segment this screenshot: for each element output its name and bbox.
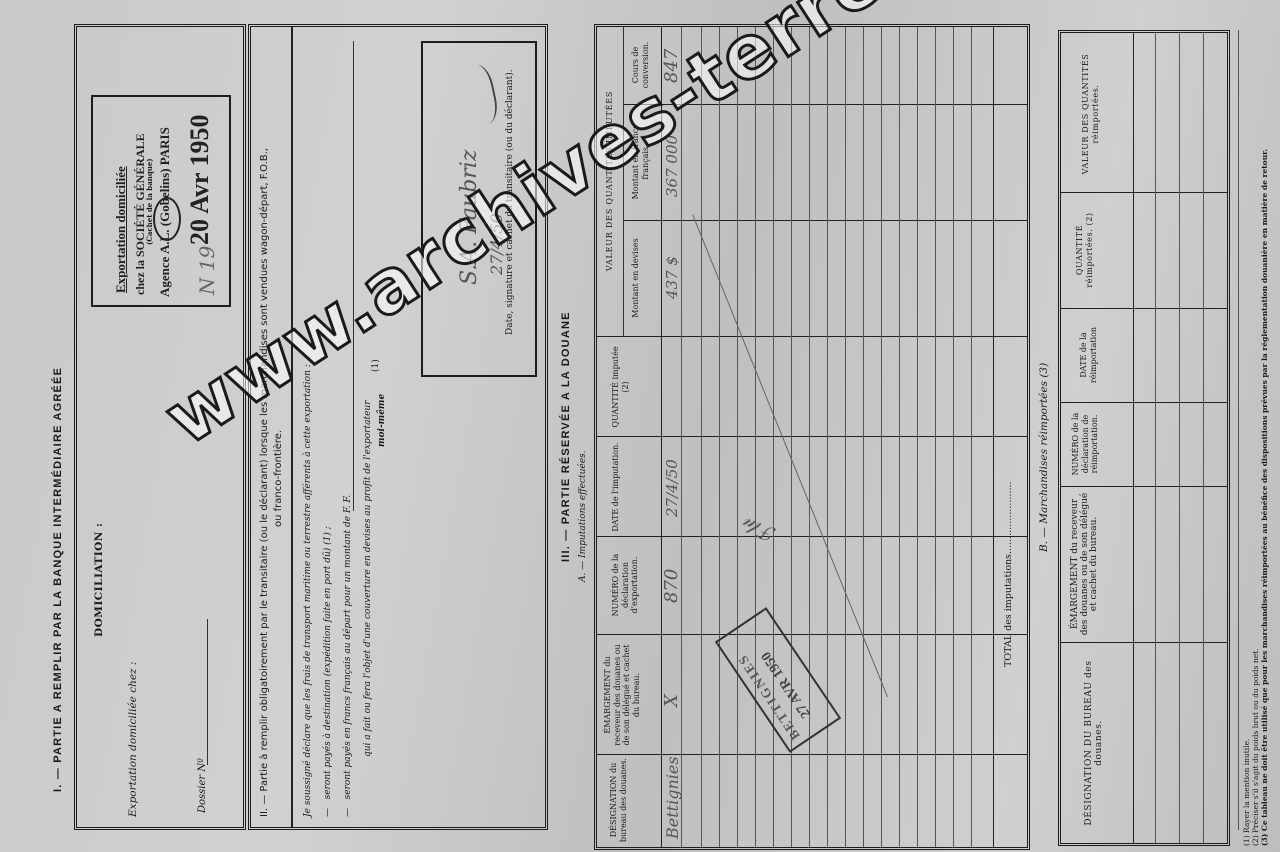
scanned-document: I. — PARTIE A REMPLIR PAR LA BANQUE INTE… bbox=[0, 0, 1280, 852]
dossier-line bbox=[207, 619, 208, 765]
b-row-rule bbox=[1179, 33, 1180, 843]
footnote-rule bbox=[1238, 30, 1239, 830]
b-col-valeur: VALEUR DES QUANTITÉS réimportées. bbox=[1081, 39, 1100, 189]
row-rule bbox=[701, 27, 702, 847]
option2-text: — seront payés en francs français au dép… bbox=[343, 495, 354, 817]
col-date: DATE de l'imputation. bbox=[611, 441, 621, 533]
option2-label: seront payés en francs français au dépar… bbox=[343, 495, 353, 800]
section2-box: II. — Partie à remplir obligatoirement p… bbox=[248, 24, 548, 830]
section2-title-rule bbox=[291, 27, 293, 827]
section-b-title: B. — Marchandises réimportées (3) bbox=[1038, 363, 1050, 552]
footnote-3: (3) Ce tableau ne doit être utilisé que … bbox=[1260, 149, 1269, 846]
row1-bureau: Bettignies bbox=[663, 756, 682, 839]
stamp-line2-sub: (Cachet de la banque) bbox=[145, 158, 154, 245]
stamp-circle bbox=[153, 197, 181, 241]
section2-title-line1: II. — Partie à remplir obligatoirement p… bbox=[259, 148, 270, 817]
col-divider-5 bbox=[597, 336, 1027, 337]
b-col-numero: NUMÉRO de la déclaration de réimportatio… bbox=[1071, 405, 1100, 483]
stamp-date: 20 Avr 1950 bbox=[185, 115, 215, 245]
b-row-rule bbox=[1203, 33, 1204, 843]
col-divider-2 bbox=[597, 634, 1027, 635]
b-col-designation: DÉSIGNATION DU BUREAU des douanes. bbox=[1085, 653, 1104, 833]
row-rule bbox=[953, 27, 954, 847]
row-rule bbox=[681, 27, 682, 847]
col-divider-3 bbox=[597, 536, 1027, 537]
row-rule bbox=[971, 27, 972, 847]
section1-title: I. — PARTIE A REMPLIR PAR LA BANQUE INTE… bbox=[52, 367, 64, 792]
b-col-date: DATE de la réimportation bbox=[1079, 311, 1098, 399]
option1-text: — seront payés à destination (expédition… bbox=[323, 526, 334, 817]
row-rule bbox=[881, 27, 882, 847]
col-divider-6 bbox=[623, 220, 1027, 221]
section3-subtitle-a: A. — Imputations effectuées. bbox=[578, 450, 589, 582]
option3-text-b: moi-même bbox=[377, 394, 388, 447]
reimport-table: DÉSIGNATION DU BUREAU des douanes. ÉMARG… bbox=[1058, 30, 1230, 846]
col-divider-1 bbox=[597, 754, 1027, 755]
total-rule bbox=[993, 27, 994, 847]
domiciliation-label: DOMICILIATION : bbox=[93, 523, 105, 637]
footnote-ref-1: (1) bbox=[371, 359, 382, 372]
section2-title-line2: ou franco-frontière. bbox=[273, 430, 284, 527]
total-imputations-label: TOTAL des imputations...................… bbox=[1003, 481, 1014, 667]
row-rule bbox=[755, 27, 756, 847]
row-rule bbox=[917, 27, 918, 847]
col-divider-4 bbox=[597, 436, 1027, 437]
declaration-text: Je soussigné déclare que les frais de tr… bbox=[303, 364, 314, 817]
row-rule bbox=[737, 27, 738, 847]
footnote-1: (1) Rayer la mention inutile. bbox=[1242, 739, 1251, 846]
col-designation: DÉSIGNATION du bureau des douanes. bbox=[609, 757, 628, 843]
section3-title: III. — PARTIE RÉSERVÉE A LA DOUANE bbox=[560, 311, 572, 562]
customs-stamp: BETTIGNIES 27 AVR 1950 bbox=[715, 607, 841, 753]
row-rule bbox=[899, 27, 900, 847]
row1-devises: 437 $ bbox=[663, 256, 681, 299]
bank-stamp-box: Exportation domiciliée chez la SOCIÉTÉ G… bbox=[91, 95, 231, 307]
subcol-devises: Montant en devises bbox=[631, 223, 641, 333]
stamp-handwritten-number: N 19 bbox=[195, 246, 219, 295]
row-rule bbox=[935, 27, 936, 847]
exportation-domiciliee-label: Exportation domiciliée chez : bbox=[127, 662, 139, 817]
signature-scribble bbox=[457, 62, 501, 127]
row-rule bbox=[845, 27, 846, 847]
footnote-2: (2) Préciser s'il s'agit du poids brut o… bbox=[1251, 648, 1260, 846]
dossier-label: Dossier Nº bbox=[197, 758, 208, 813]
col-emargement: ÉMARGEMENT du receveur des douanes ou de… bbox=[603, 639, 641, 751]
option1-label: seront payés à destination (expédition f… bbox=[323, 526, 333, 799]
row1-numero: 870 bbox=[661, 569, 682, 603]
b-col-emargement: ÉMARGEMENT du receveur des douanes ou de… bbox=[1071, 491, 1100, 637]
row-rule bbox=[863, 27, 864, 847]
row1-emargement: X bbox=[661, 694, 682, 707]
col-numero: NUMÉRO de la déclaration d'exportation. bbox=[611, 539, 640, 631]
row-rule bbox=[719, 27, 720, 847]
b-row-rule bbox=[1155, 33, 1156, 843]
col-quantite: QUANTITÉ imputée (2) bbox=[611, 341, 630, 433]
row1-date: 27/4/50 bbox=[663, 459, 681, 517]
option3-text-a: qui a fait ou fera l'objet d'une couvert… bbox=[363, 400, 374, 757]
b-header-rule bbox=[1133, 33, 1134, 843]
b-col-quantite: QUANTITÉ réimportées. (2) bbox=[1075, 195, 1094, 305]
stamp-line1: Exportation domiciliée bbox=[113, 166, 129, 293]
